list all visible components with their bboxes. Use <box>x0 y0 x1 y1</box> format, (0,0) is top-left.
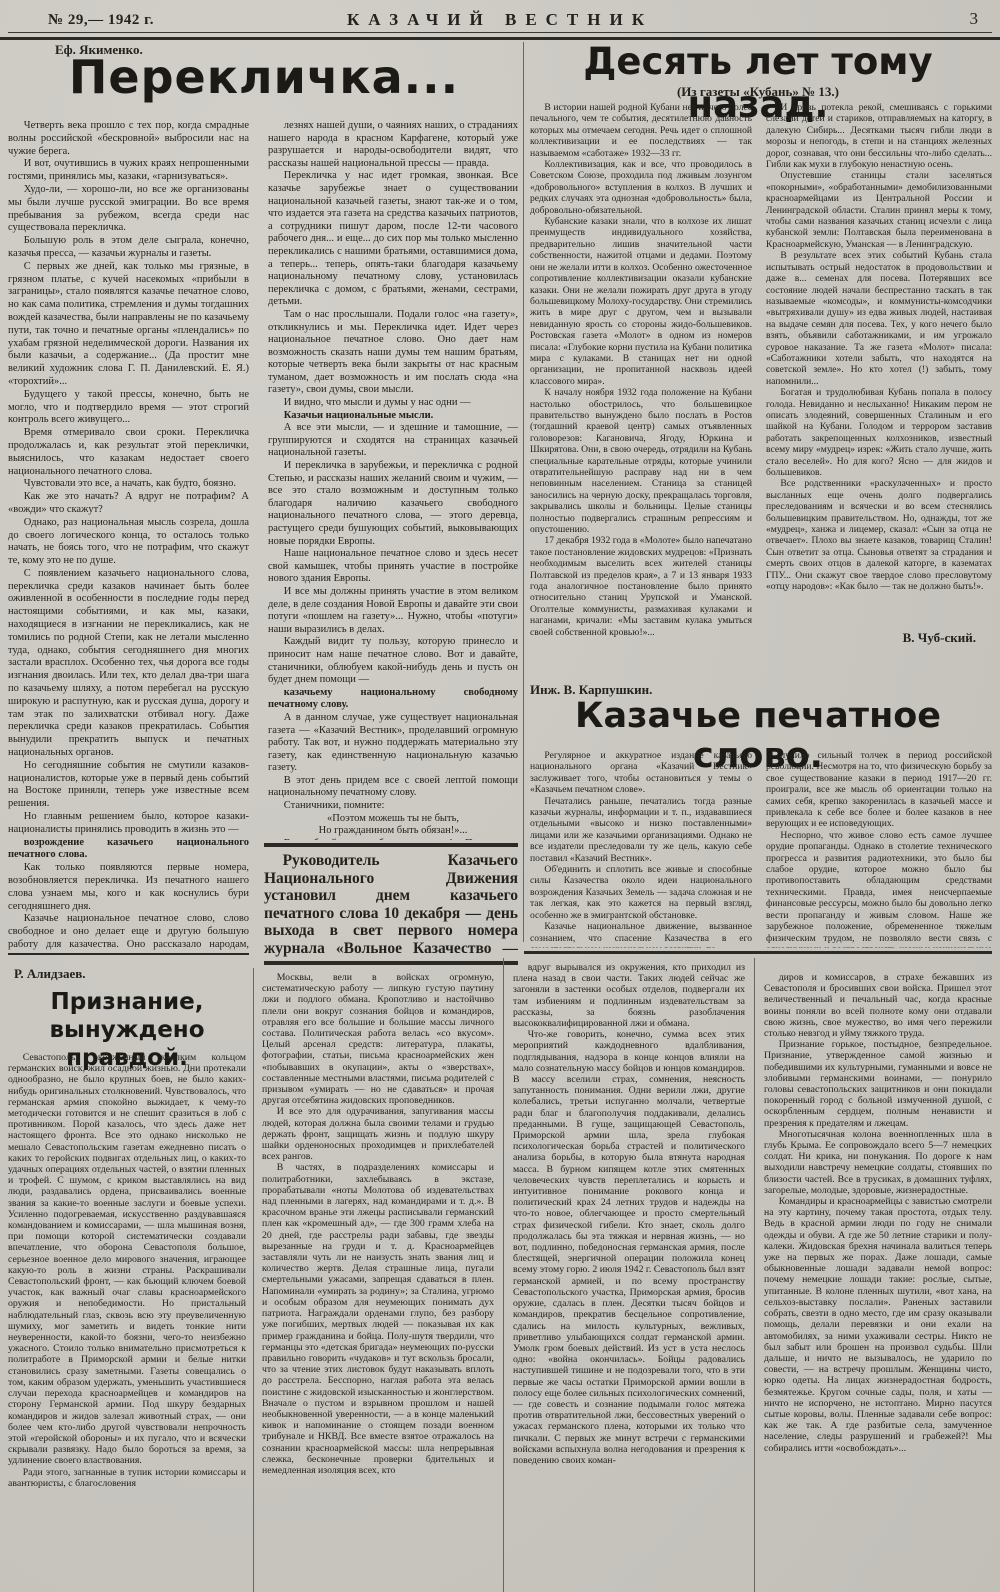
paragraph: Время отмеривало свои сроки. Перекличка … <box>8 427 249 478</box>
masthead: КАЗАЧИЙ ВЕСТНИК <box>8 10 992 30</box>
paragraph: А все эти мысли, — и здешние и тамошние,… <box>268 422 518 460</box>
article-column: вдруг вырывался из окружения, кто приход… <box>513 962 745 1592</box>
paragraph: Опустевшие станицы стали заселяться «пок… <box>766 170 992 250</box>
headline-pereklichka: Перекличка... <box>8 50 520 104</box>
paragraph: Кубанские казаки знали, что в колхозе их… <box>530 216 752 387</box>
article-column: И кровь потекла рекой, смешиваясь с горь… <box>766 102 992 626</box>
paragraph: «Поэтом можешь ты не быть, <box>268 813 518 826</box>
paragraph: В истории нашей родной Кубани нет ничего… <box>530 102 752 159</box>
paragraph: Признание горькое, постыдное, безпредель… <box>764 1039 992 1129</box>
paragraph: В результате всех этих событий Кубань ст… <box>766 250 992 387</box>
horizontal-rule <box>8 953 249 955</box>
page-header: № 29,— 1942 г. КАЗАЧИЙ ВЕСТНИК 3 <box>8 6 992 33</box>
paragraph: Будущего у такой прессы, конечно, быть н… <box>8 389 249 427</box>
paragraph: казачьему национальному свободному печат… <box>268 687 518 712</box>
paragraph: Но гражданином быть обязан!»... <box>268 825 518 838</box>
paragraph: В частях, в подразделениях комиссары и п… <box>262 1162 494 1476</box>
paragraph: И все мы должны принять участие в этом в… <box>268 586 518 636</box>
paragraph: В добрый час, братья казаки! Перекличка … <box>268 838 518 840</box>
paragraph: Коллективизация, как и все, что проводил… <box>530 159 752 216</box>
paragraph: И вот, очутившись в чужих краях непрошен… <box>8 158 249 184</box>
paragraph: Чувстовали это все, а начать, как будто,… <box>8 478 249 491</box>
paragraph: Об'единить и сплотить все живые и способ… <box>530 864 752 921</box>
page-number: 3 <box>970 9 979 29</box>
paragraph: Казачье национальное печатное слово, сло… <box>8 913 249 953</box>
paragraph: И все это для одурачивания, запугивания … <box>262 1106 494 1162</box>
paragraph: Каждый видит ту пользу, которую принесло… <box>268 636 518 686</box>
paragraph: Все родственники «раскулаченных» и прост… <box>766 478 992 592</box>
paragraph: Станичники, помните: <box>268 800 518 813</box>
paragraph: И кровь потекла рекой, смешиваясь с горь… <box>766 102 992 170</box>
paragraph: Перекличка у нас идет громкая, звонкая. … <box>268 170 518 309</box>
article-column: Севастополь, окруженный крепким кольцом … <box>8 1052 246 1592</box>
vertical-rule <box>503 958 504 1592</box>
paragraph: Командиры и красноармейцы с завистью смо… <box>764 1196 992 1454</box>
paragraph: диров и комиссаров, в страхе бежавших из… <box>764 972 992 1039</box>
paragraph: Четверть века прошло с тех пор, когда см… <box>8 120 249 158</box>
paragraph: вдруг вырывался из окружения, кто приход… <box>513 962 745 1029</box>
article-column: диров и комиссаров, в страхе бежавших из… <box>764 972 992 1592</box>
paragraph: К началу ноября 1932 года положение на К… <box>530 387 752 535</box>
paragraph: Регулярное и аккуратное издание казачьег… <box>530 750 752 796</box>
paragraph: Неспорно, что живое слово есть самое луч… <box>766 830 992 948</box>
paragraph: Большую роль в этом деле сыграла, конечн… <box>8 235 249 261</box>
paragraph: лучило сильный толчек в период российско… <box>766 750 992 830</box>
paragraph: И видно, что мысли и думы у нас одни — <box>268 397 518 410</box>
paragraph: Однако, раз национальная мысль созрела, … <box>8 517 249 568</box>
paragraph: В этот день придем все с своей лептой по… <box>268 775 518 800</box>
paragraph: 17 декабря 1932 года в «Молоте» было нап… <box>530 535 752 638</box>
paragraph: Ради этого, загнанные в тупик истории ко… <box>8 1467 246 1489</box>
horizontal-rule <box>524 951 992 954</box>
paragraph: С первых же дней, как только мы грязные,… <box>8 261 249 389</box>
paragraph: Севастополь, окруженный крепким кольцом … <box>8 1052 246 1467</box>
paragraph: Но главным решением было, которое казаки… <box>8 811 249 837</box>
paragraph: Что-же говорить, конечно, сумма всех эти… <box>513 1029 745 1466</box>
vertical-rule <box>523 42 524 942</box>
vertical-rule <box>253 968 254 1592</box>
paragraph: С появлением казачьего национального сло… <box>8 568 249 760</box>
article-column: Четверть века прошло с тех пор, когда см… <box>8 120 249 953</box>
paragraph: Многотысячная колона военнопленных шла в… <box>764 1129 992 1196</box>
article-column: Регулярное и аккуратное издание казачьег… <box>530 750 752 948</box>
article-column: Москвы, вели в войсках огромную, система… <box>262 972 494 1592</box>
announcement-rule-top <box>264 843 518 847</box>
paragraph: И перекличка в зарубежьи, и перекличка с… <box>268 460 518 548</box>
paragraph: Как же это начать? А вдруг не потрафим? … <box>8 491 249 517</box>
paragraph: Казачьи национальные мысли. <box>268 410 518 423</box>
paragraph: Но сегодняшние события не смутили казако… <box>8 760 249 811</box>
paragraph: Наше национальное печатное слово и здесь… <box>268 548 518 586</box>
announcement-rule-bottom <box>264 961 518 965</box>
article-column: В истории нашей родной Кубани нет ничего… <box>530 102 752 645</box>
paragraph: Худо-ли, — хорошо-ли, но все же организо… <box>8 184 249 235</box>
paragraph: Печатались раньше, печатались тогда разн… <box>530 796 752 864</box>
paragraph: Богатая и трудолюбивая Кубань попала в п… <box>766 387 992 478</box>
announcement: Руководитель Казачьего Национального Дви… <box>264 852 518 958</box>
paragraph: Москвы, вели в войсках огромную, система… <box>262 972 494 1106</box>
article-column: лезнях нашей души, о чаяниях наших, о ст… <box>268 120 518 840</box>
newspaper-page: № 29,— 1942 г. КАЗАЧИЙ ВЕСТНИК 3 Еф. Яки… <box>0 0 1000 1592</box>
paragraph: А в данном случае, уже существует национ… <box>268 712 518 775</box>
paragraph: Как только появляются первые номера, воз… <box>8 862 249 913</box>
paragraph: Казачье национальное движение, вызванное… <box>530 921 752 948</box>
paragraph: Там о нас прослышали. Подали голос «на г… <box>268 309 518 397</box>
signature: В. Чуб-ский. <box>766 630 976 646</box>
byline-alidzaev: Р. Алидзаев. <box>14 966 86 982</box>
paragraph: возрождение казачьего национального печа… <box>8 837 249 863</box>
article-column: лучило сильный толчек в период российско… <box>766 750 992 948</box>
subtitle-source: (Из газеты «Кубань» № 13.) <box>524 84 992 100</box>
vertical-rule <box>754 958 755 1592</box>
paragraph: лезнях нашей души, о чаяниях наших, о ст… <box>268 120 518 170</box>
